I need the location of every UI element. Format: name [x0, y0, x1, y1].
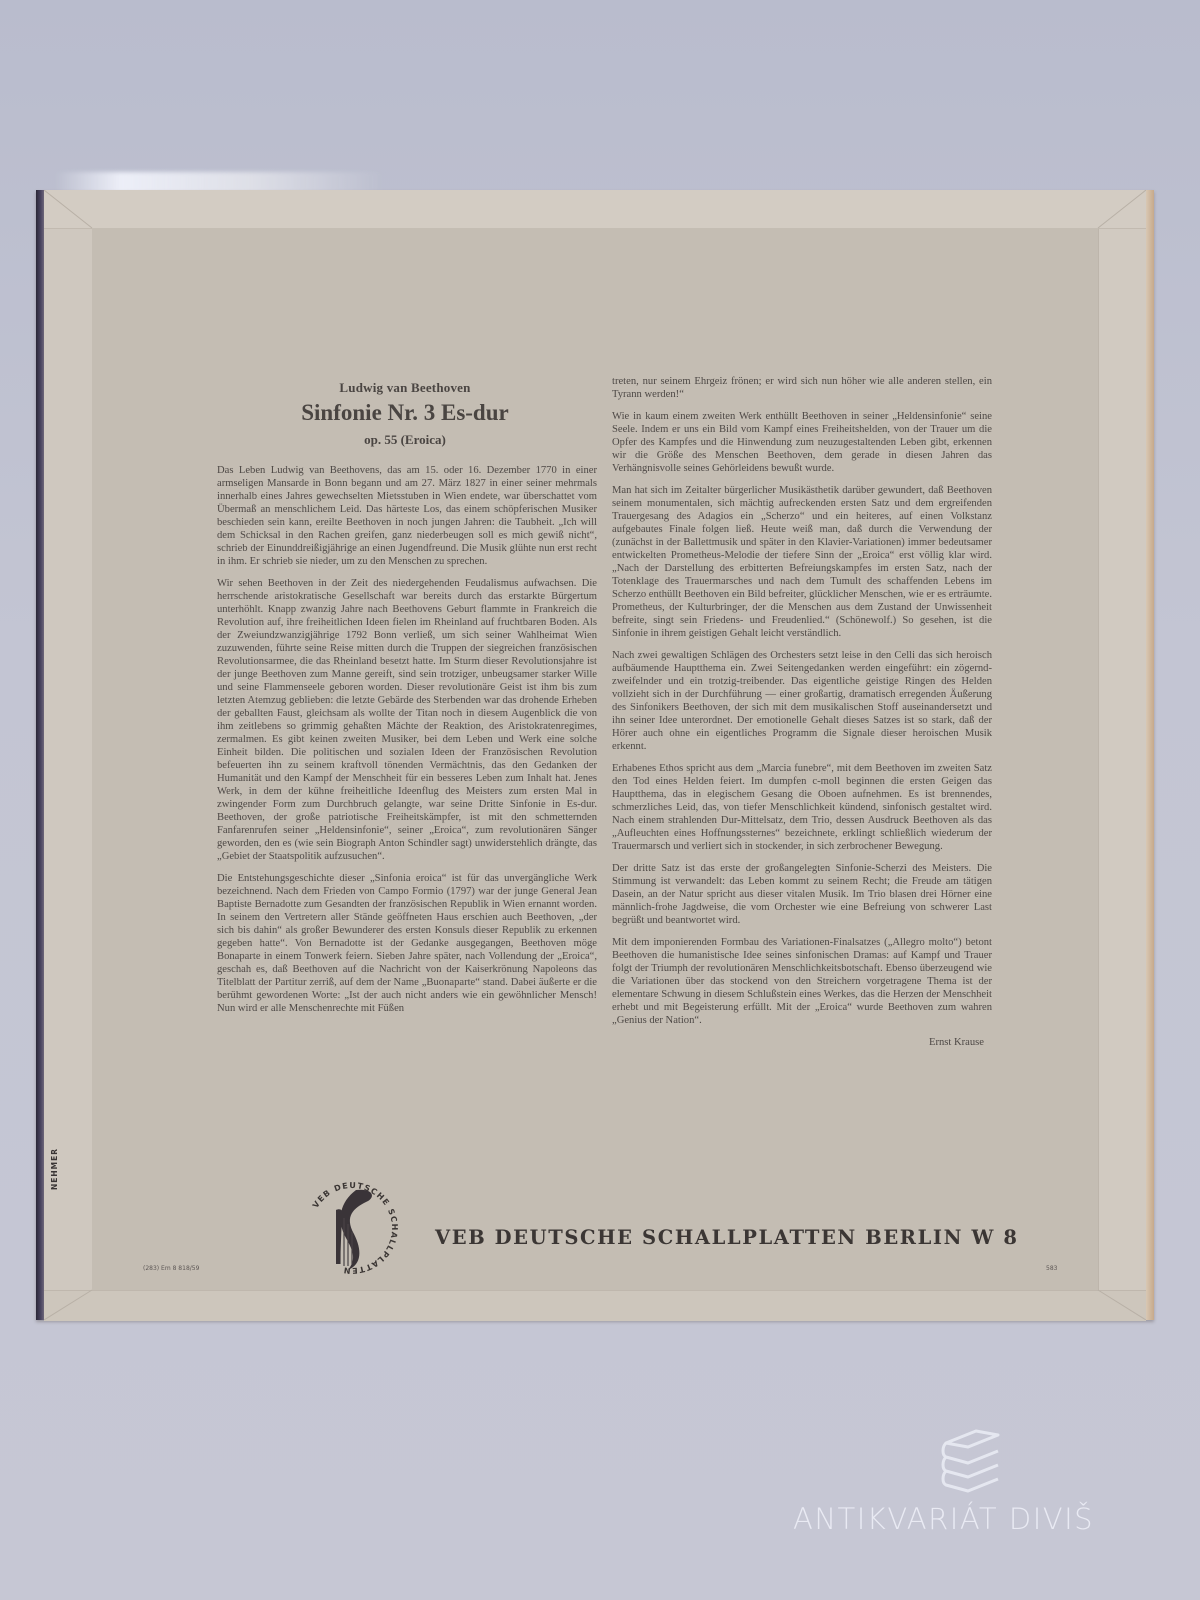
paragraph: Nach zwei gewaltigen Schlägen des Orches… [612, 649, 992, 753]
book-stack-icon [940, 1425, 1002, 1495]
paragraph: Man hat sich im Zeitalter bürgerlicher M… [612, 484, 992, 640]
paragraph: Das Leben Ludwig van Beethovens, das am … [217, 464, 597, 568]
album-header: Ludwig van Beethoven Sinfonie Nr. 3 Es-d… [210, 380, 600, 448]
opus-number: op. 55 (Eroica) [210, 432, 600, 448]
liner-notes-left-column: Das Leben Ludwig van Beethovens, das am … [217, 464, 597, 1024]
watermark-text: ANTIKVARIÁT DIVIŠ [793, 1502, 1153, 1536]
work-title: Sinfonie Nr. 3 Es-dur [210, 400, 600, 426]
paragraph: Erhabenes Ethos spricht aus dem „Marcia … [612, 762, 992, 853]
catalog-code: (283) Em 8 818/59 [143, 1265, 199, 1272]
spine-printer-label: NEHMER [50, 1148, 59, 1190]
paragraph: Wie in kaum einem zweiten Werk enthüllt … [612, 410, 992, 475]
composer-name: Ludwig van Beethoven [210, 380, 600, 396]
deutsche-schallplatten-logo-icon: VEB DEUTSCHE SCHALLPLATTEN [296, 1172, 408, 1284]
publisher-name: VEB DEUTSCHE SCHALLPLATTEN BERLIN W 8 [435, 1226, 1019, 1249]
print-code: 583 [1046, 1265, 1057, 1272]
liner-notes-right-column: treten, nur seinem Ehrgeiz frönen; er wi… [612, 375, 992, 1049]
paragraph: treten, nur seinem Ehrgeiz frönen; er wi… [612, 375, 992, 401]
author-signature: Ernst Krause [612, 1036, 992, 1049]
paragraph: Wir sehen Beethoven in der Zeit des nied… [217, 577, 597, 863]
sleeve-right-edge [1146, 190, 1154, 1320]
paragraph: Der dritte Satz ist das erste der großan… [612, 862, 992, 927]
sleeve-spine [36, 190, 44, 1320]
paragraph: Die Entstehungsgeschichte dieser „Sinfon… [217, 872, 597, 1015]
paragraph: Mit dem imponierenden Formbau des Variat… [612, 936, 992, 1027]
